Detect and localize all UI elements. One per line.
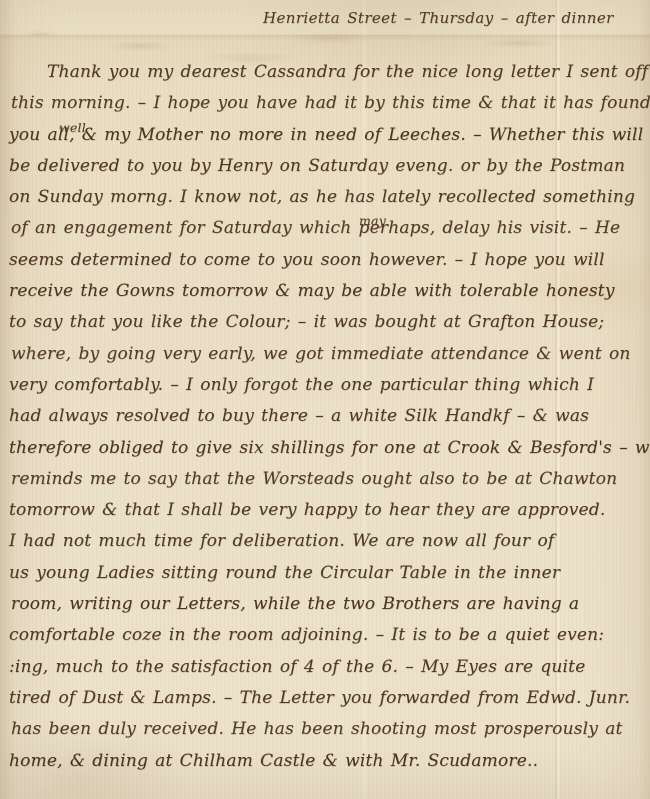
letter-line: therefore obliged to give six shillings … [9,433,646,464]
letter-line: very comfortably. – I only forgot the on… [9,370,646,401]
letter-line: be delivered to you by Henry on Saturday… [9,151,646,182]
interlinear-insertion: may [359,215,386,227]
letter-line-text: room, writing our Letters, while the two… [11,594,579,614]
letter-line: home, & dining at Chilham Castle & with … [9,746,646,777]
letter-line: reminds me to say that the Worsteads oug… [9,464,646,495]
letter-line: comfortable coze in the room adjoining. … [9,620,646,651]
letter-line: this morning. – I hope you have had it b… [9,88,646,119]
letter-line: tired of Dust & Lamps. – The Letter you … [9,683,646,714]
letter-line-text: where, by going very early, we got immed… [11,344,631,364]
letter-line: Thank you my dearest Cassandra for the n… [9,57,646,88]
letter-line-text: Thank you my dearest Cassandra for the n… [47,62,648,82]
letter-line-text: tomorrow & that I shall be very happy to… [9,500,606,520]
letter-line: :ing, much to the satisfaction of 4 of t… [9,652,646,683]
letter-line-text: of an engagement for Saturday which perh… [11,218,620,238]
letter-line-text: us young Ladies sitting round the Circul… [9,563,560,583]
letter-line: seems determined to come to you soon how… [9,245,646,276]
letter-line-text: to say that you like the Colour; – it wa… [9,312,604,332]
letter-line: may of an engagement for Saturday which … [9,213,646,244]
letter-line-text: be delivered to you by Henry on Saturday… [9,156,625,176]
letter-line-text: tired of Dust & Lamps. – The Letter you … [9,688,630,708]
letter-line-text: on Sunday morng. I know not, as he has l… [9,187,635,207]
letter-line-text: I had not much time for deliberation. We… [9,531,554,551]
letter-line: tomorrow & that I shall be very happy to… [9,495,646,526]
letter-line: us young Ladies sitting round the Circul… [9,558,646,589]
letter-line: I had not much time for deliberation. We… [9,526,646,557]
manuscript-letter-page: Henrietta Street – Thursday – after dinn… [0,0,650,799]
letter-line: receive the Gowns tomorrow & may be able… [9,276,646,307]
letter-line: where, by going very early, we got immed… [9,339,646,370]
letter-line-text: comfortable coze in the room adjoining. … [9,625,604,645]
letter-line-text: has been duly received. He has been shoo… [11,719,623,739]
letter-line-text: home, & dining at Chilham Castle & with … [9,751,538,771]
letter-line: on Sunday morng. I know not, as he has l… [9,182,646,213]
letter-line-text: this morning. – I hope you have had it b… [11,93,650,113]
letter-line-text: :ing, much to the satisfaction of 4 of t… [9,657,585,677]
letter-line: has been duly received. He has been shoo… [9,714,646,745]
letter-line-text: receive the Gowns tomorrow & may be able… [9,281,615,301]
letter-line: to say that you like the Colour; – it wa… [9,307,646,338]
letter-line-text: therefore obliged to give six shillings … [9,438,650,458]
letter-line-text: seems determined to come to you soon how… [9,250,605,270]
letter-line: room, writing our Letters, while the two… [9,589,646,620]
letter-line: had always resolved to buy there – a whi… [9,401,646,432]
letter-line-text: had always resolved to buy there – a whi… [9,406,589,426]
letter-line-text: you all, & my Mother no more in need of … [9,125,643,145]
letter-line-text: very comfortably. – I only forgot the on… [9,375,594,395]
interlinear-insertion: well [59,122,86,134]
letter-dateline: Henrietta Street – Thursday – after dinn… [263,9,614,27]
letter-line-text: reminds me to say that the Worsteads oug… [11,469,617,489]
letter-body: Thank you my dearest Cassandra for the n… [9,57,646,777]
letter-line: well you all, & my Mother no more in nee… [9,120,646,151]
